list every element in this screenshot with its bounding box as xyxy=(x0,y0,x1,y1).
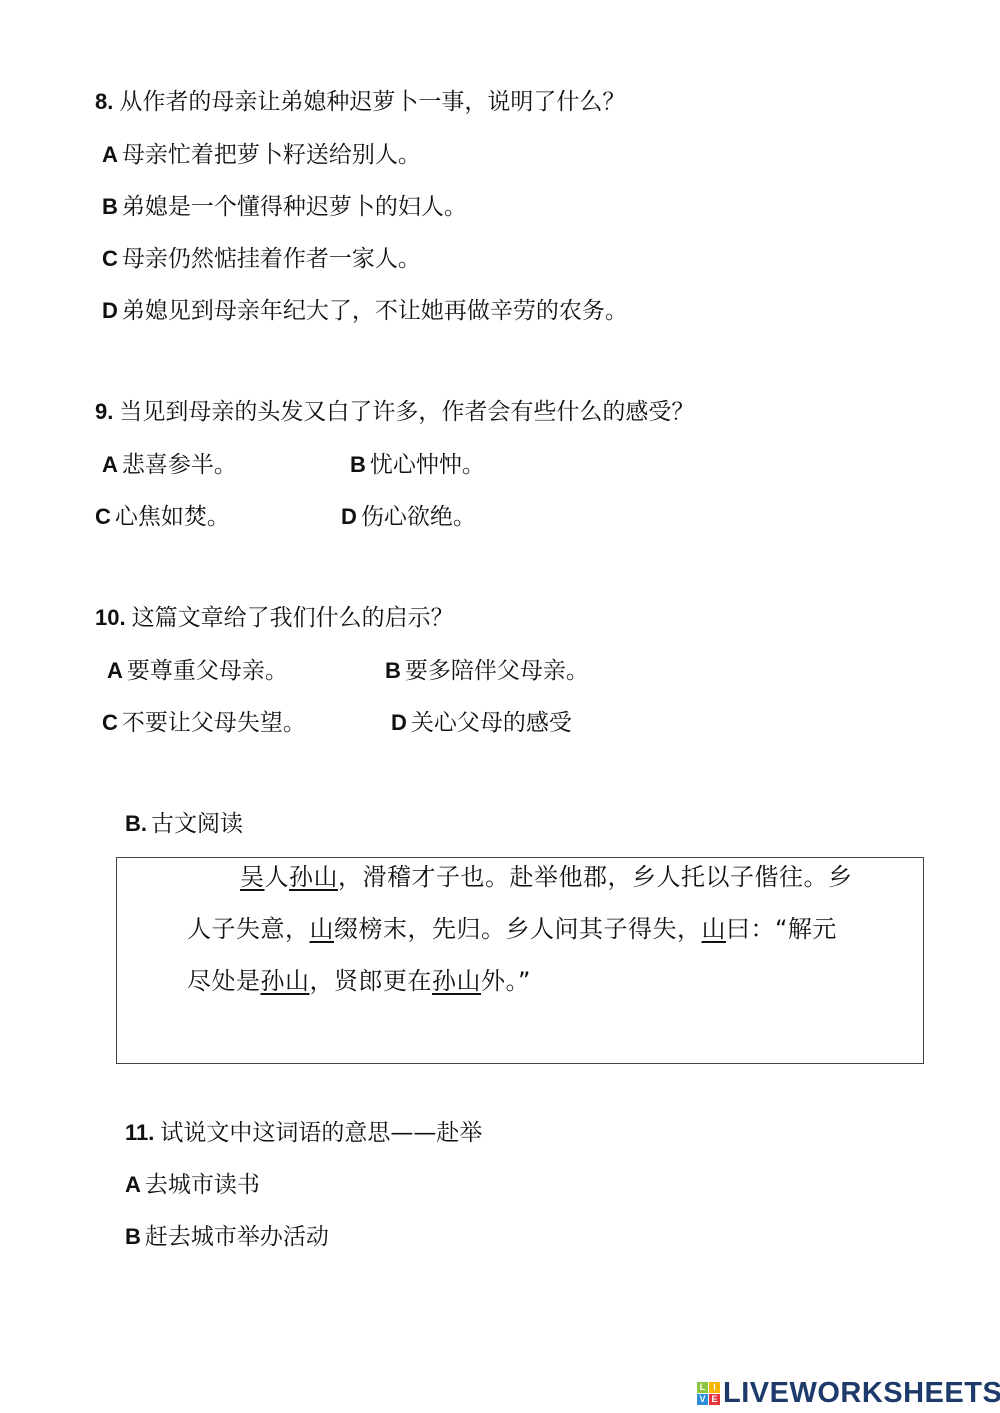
question-11-prompt: 11.试说文中这词语的意思——赴举 xyxy=(125,1118,482,1148)
question-text: 当见到母亲的头发又白了许多，作者会有些什么的感受？ xyxy=(119,399,694,425)
section-heading: B.古文阅读 xyxy=(125,809,243,839)
passage-line-1: 吴人孙山，滑稽才子也。赴举他郡，乡人托以子偕往。乡 xyxy=(240,862,853,892)
question-text: 这篇文章给了我们什么的启示？ xyxy=(132,605,454,631)
question-8-option-a[interactable]: A母亲忙着把萝卜籽送给别人。 xyxy=(102,140,421,170)
logo-wordmark: LIVEWORKSHEETS xyxy=(723,1377,1000,1410)
question-8-option-d[interactable]: D弟媳见到母亲年纪大了，不让她再做辛劳的农务。 xyxy=(102,296,628,326)
question-10-prompt: 10.这篇文章给了我们什么的启示？ xyxy=(95,603,454,633)
passage-line-3: 尽处是孙山，贤郎更在孙山外。” xyxy=(187,966,531,996)
proper-noun: 山 xyxy=(702,915,727,943)
question-9-option-c[interactable]: C心焦如焚。 xyxy=(95,502,230,532)
proper-noun: 孙山 xyxy=(432,967,481,995)
question-number: 11. xyxy=(125,1120,154,1145)
question-text: 试说文中这词语的意思——赴举 xyxy=(160,1120,482,1146)
question-number: 10. xyxy=(95,605,126,630)
question-10-option-c[interactable]: C不要让父母失望。 xyxy=(102,708,306,738)
question-11-option-b[interactable]: B赶去城市举办活动 xyxy=(125,1222,329,1252)
question-10-option-b[interactable]: B要多陪伴父母亲。 xyxy=(385,656,589,686)
question-9-option-d[interactable]: D伤心欲绝。 xyxy=(341,502,476,532)
question-number: 9. xyxy=(95,399,113,424)
question-8-option-b[interactable]: B弟媳是一个懂得种迟萝卜的妇人。 xyxy=(102,192,467,222)
live-blocks-icon: L I V E xyxy=(697,1382,720,1405)
question-8-option-c[interactable]: C母亲仍然惦挂着作者一家人。 xyxy=(102,244,421,274)
question-10-option-a[interactable]: A要尊重父母亲。 xyxy=(107,656,288,686)
question-9-prompt: 9.当见到母亲的头发又白了许多，作者会有些什么的感受？ xyxy=(95,397,694,427)
proper-noun: 山 xyxy=(310,915,335,943)
proper-noun: 孙山 xyxy=(261,967,310,995)
question-9-option-a[interactable]: A悲喜参半。 xyxy=(102,450,237,480)
liveworksheets-logo: L I V E LIVEWORKSHEETS xyxy=(697,1377,1000,1410)
question-9-option-b[interactable]: B忧心忡忡。 xyxy=(350,450,485,480)
question-8-prompt: 8.从作者的母亲让弟媳种迟萝卜一事，说明了什么？ xyxy=(95,87,625,117)
question-text: 从作者的母亲让弟媳种迟萝卜一事，说明了什么？ xyxy=(119,89,625,115)
passage-line-2: 人子失意，山缀榜末，先归。乡人问其子得失，山曰：“解元 xyxy=(187,914,837,944)
question-number: 8. xyxy=(95,89,113,114)
proper-noun: 吴 xyxy=(240,863,265,891)
proper-noun: 孙山 xyxy=(289,863,338,891)
question-11-option-a[interactable]: A去城市读书 xyxy=(125,1170,260,1200)
question-10-option-d[interactable]: D关心父母的感受 xyxy=(391,708,572,738)
